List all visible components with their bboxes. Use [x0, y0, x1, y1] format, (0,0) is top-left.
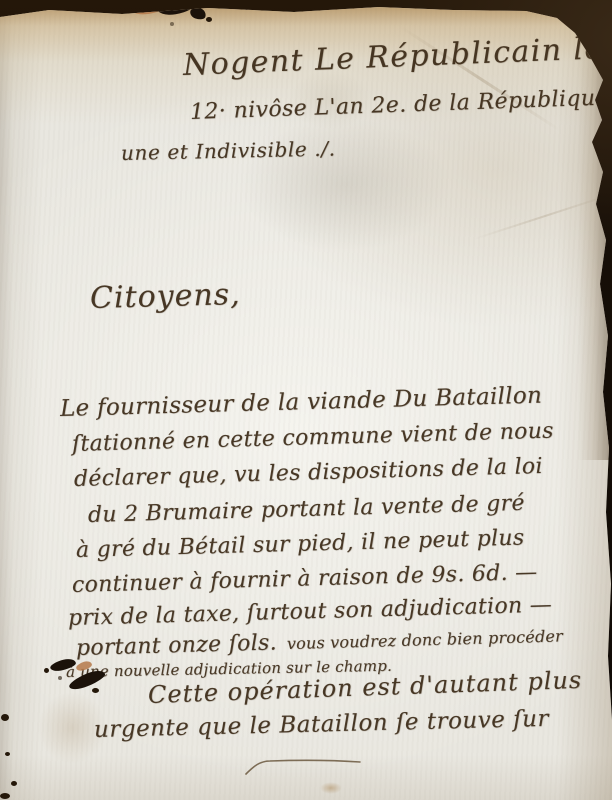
manuscript-photo: Nogent Le Républicain le 12· nivôse L'an…	[0, 0, 612, 800]
body-line-1: Le fournisseur de la viande Du Bataillon	[60, 383, 543, 422]
ink-speck	[1, 714, 9, 721]
ink-speck	[5, 752, 10, 756]
body-line-2: ſtationné en cette commune vient de nous	[72, 419, 554, 457]
ink-blot	[243, 0, 253, 11]
body-line-5: à gré du Bétail sur pied, il ne peut plu…	[76, 525, 525, 563]
ink-smear	[134, 6, 161, 16]
body-line-3: déclarer que, vu les dispositions de la …	[74, 454, 543, 492]
ink-speck	[170, 22, 174, 26]
ink-speck	[206, 17, 212, 22]
ink-speck	[0, 793, 10, 799]
ink-speck	[44, 668, 49, 673]
ink-speck	[92, 688, 99, 693]
ink-speck	[11, 781, 17, 786]
closing-flourish	[236, 748, 366, 782]
body-line-11: urgente que le Bataillon ſe trouve ſur	[94, 706, 550, 743]
salutation: Citoyens,	[90, 277, 241, 316]
ink-speck	[58, 676, 62, 680]
ink-blot	[189, 6, 208, 21]
body-line-8-main: portant onze ſols.	[76, 630, 278, 661]
paper-sheet: Nogent Le Républicain le 12· nivôse L'an…	[0, 0, 612, 800]
dateline-place: Nogent Le Républicain le	[182, 31, 604, 83]
torn-edge-shadow	[578, 0, 612, 460]
paper-stain	[320, 782, 342, 794]
paper-crease	[473, 192, 612, 240]
dateline-motto: une et Indivisible ./.	[121, 137, 336, 165]
body-line-6: continuer à fournir à raison de 9s. 6d. …	[72, 560, 538, 598]
body-line-8-inserted: vous voudrez donc bien procéder	[287, 626, 564, 653]
body-line-4: du 2 Brumaire portant la vente de gré	[88, 491, 525, 528]
